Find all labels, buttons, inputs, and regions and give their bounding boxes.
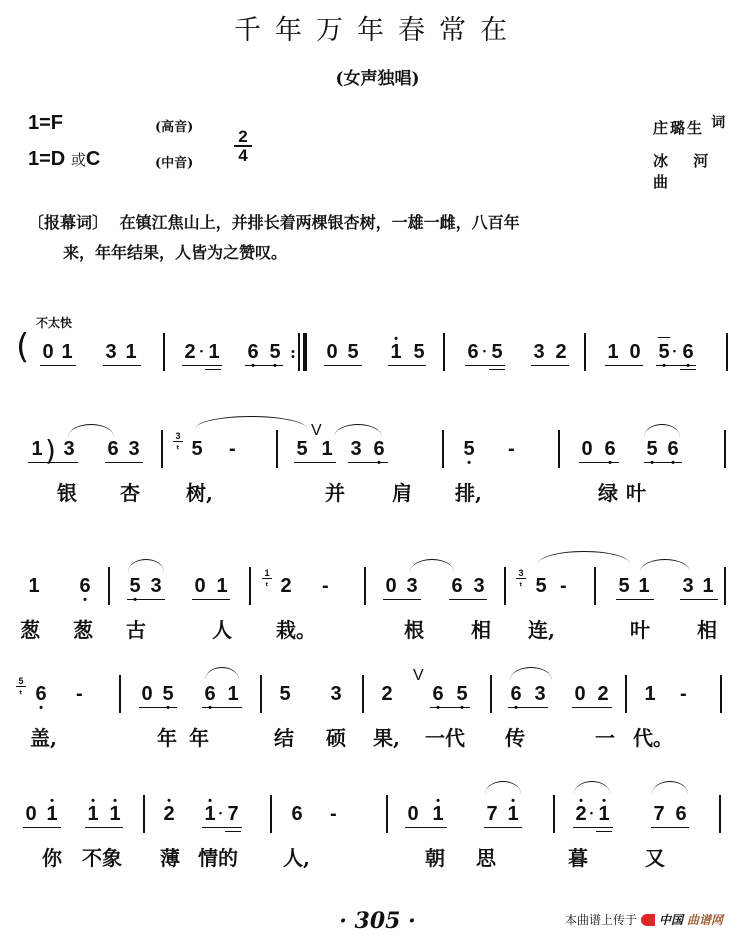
barline xyxy=(719,795,721,833)
underline-beam xyxy=(656,365,696,366)
underline-beam-double xyxy=(680,369,696,370)
composer-credit: 冰 河 曲 xyxy=(653,150,755,192)
underline-beam xyxy=(388,365,426,366)
tempo-marking: 不太快 xyxy=(36,314,72,331)
underline-beam xyxy=(605,365,643,366)
barline xyxy=(364,567,366,605)
note: 1 xyxy=(506,803,520,825)
note: 5 xyxy=(645,438,659,460)
lyric: 肩 xyxy=(392,480,412,506)
note: 1 xyxy=(108,803,122,825)
note: 1 xyxy=(431,803,445,825)
underline-beam xyxy=(85,827,123,828)
note: 1 xyxy=(203,803,217,825)
note: 2 xyxy=(380,683,394,705)
note: 0 xyxy=(580,438,594,460)
slur xyxy=(640,559,690,572)
barline xyxy=(443,333,445,371)
underline-beam-double xyxy=(225,831,241,832)
note: 1 xyxy=(86,803,100,825)
augmentation-dot: · xyxy=(199,341,204,363)
underline-beam xyxy=(644,462,682,463)
underline-beam xyxy=(40,365,76,366)
dash-extension: - xyxy=(560,575,567,597)
lyrics-line: 你 不象 薄 情的 人, 朝 思 暮 又 xyxy=(0,845,755,875)
underline-beam xyxy=(245,365,283,366)
underline-beam xyxy=(651,827,689,828)
underline-beam xyxy=(449,599,487,600)
note: 5 xyxy=(346,341,360,363)
note: 3 xyxy=(472,575,486,597)
lyric: 人, xyxy=(283,845,310,871)
lyricist-credit: 庄璐生 词 xyxy=(653,112,727,138)
dash-extension: - xyxy=(229,438,236,460)
grace-note: 1ₜ xyxy=(262,569,272,588)
note: 7 xyxy=(226,803,240,825)
underline-beam xyxy=(294,462,336,463)
lyric: 传 xyxy=(505,725,525,751)
grace-note: 5ₜ xyxy=(16,677,26,696)
barline xyxy=(143,795,145,833)
notation-line: 1 ) 3 6 3 3ₜ 5 - 5 V 1 3 6 5 - 0 6 5 6 xyxy=(0,430,755,470)
note: 3 xyxy=(533,683,547,705)
barline xyxy=(386,795,388,833)
key-signature-mid: 1=D 或C xyxy=(28,148,100,171)
barline xyxy=(276,430,278,468)
note: 5 xyxy=(617,575,631,597)
lyricist-name: 庄璐生 xyxy=(653,119,704,137)
repeat-dots: : xyxy=(290,343,296,362)
note: 6 xyxy=(78,575,92,597)
barline xyxy=(260,675,262,713)
lyric: 薄 xyxy=(160,845,180,871)
underline-beam xyxy=(616,599,654,600)
note: 1 xyxy=(643,683,657,705)
lyric: 不象 xyxy=(82,845,122,871)
lyrics-line: 银 杏 树, 并 肩 排, 绿叶 xyxy=(0,480,755,510)
underline-beam xyxy=(680,599,718,600)
barline xyxy=(119,675,121,713)
lyric: 古 xyxy=(126,617,146,643)
note: 1 xyxy=(389,341,403,363)
note: 6 xyxy=(34,683,48,705)
lyric: 一代 xyxy=(425,725,465,751)
lyric: 你 xyxy=(42,845,62,871)
barline xyxy=(442,430,444,468)
note: 1 xyxy=(207,341,221,363)
underline-beam-double xyxy=(489,369,505,370)
lyric: 又 xyxy=(645,845,665,871)
site-logo-icon xyxy=(641,914,655,926)
key-or-label: 或 xyxy=(71,151,86,169)
underline-beam xyxy=(465,365,505,366)
note: 6 xyxy=(290,803,304,825)
lyrics-line: 盖, 年年 结 硕 果, 一代 传 一 代。 xyxy=(0,725,755,755)
note: 6 xyxy=(509,683,523,705)
lyric: 情的 xyxy=(198,845,238,871)
barline xyxy=(362,675,364,713)
note: 3 xyxy=(532,341,546,363)
note: 5 xyxy=(161,683,175,705)
barline xyxy=(108,567,110,605)
underline-beam xyxy=(192,599,230,600)
dash-extension: - xyxy=(330,803,337,825)
underline-beam xyxy=(202,707,242,708)
note: 1 xyxy=(27,575,41,597)
note: 5 xyxy=(190,438,204,460)
note: 5 xyxy=(268,341,282,363)
watermark-brand-b[interactable]: 曲谱网 xyxy=(687,911,723,928)
note: 0 xyxy=(140,683,154,705)
barline xyxy=(298,333,300,371)
underline-beam-double xyxy=(205,369,221,370)
note: 5 xyxy=(278,683,292,705)
barline xyxy=(625,675,627,713)
note: 1 xyxy=(606,341,620,363)
key-high-label: 1=F xyxy=(28,112,63,134)
note: 5 xyxy=(657,341,671,363)
note: 0 xyxy=(325,341,339,363)
note: 5 xyxy=(128,575,142,597)
lyric: 栽。 xyxy=(276,617,316,643)
underline-beam xyxy=(139,707,177,708)
watermark: 本曲谱上传于 中国曲谱网 xyxy=(565,911,723,928)
note: 0 xyxy=(41,341,55,363)
note: 3 xyxy=(127,438,141,460)
underline-beam xyxy=(103,365,141,366)
note: 3 xyxy=(62,438,76,460)
dash-extension: - xyxy=(508,438,515,460)
underline-beam xyxy=(484,827,522,828)
lyric: 相 xyxy=(697,617,717,643)
lyric: 银 xyxy=(57,480,77,506)
note: 3 xyxy=(104,341,118,363)
slur xyxy=(334,424,382,437)
augmentation-dot: · xyxy=(589,803,594,825)
underline-beam-double xyxy=(596,831,612,832)
barline xyxy=(553,795,555,833)
lyric: 并 xyxy=(325,480,345,506)
underline-beam xyxy=(579,462,619,463)
lyric: 人 xyxy=(212,617,232,643)
watermark-prefix: 本曲谱上传于 xyxy=(565,911,637,928)
tie xyxy=(538,551,630,564)
lyric: 排, xyxy=(455,480,482,506)
note: 0 xyxy=(193,575,207,597)
song-title: 千年万年春常在 xyxy=(0,8,755,47)
lyric: 叶 xyxy=(630,617,650,643)
lyric: 葱 xyxy=(73,617,93,643)
tie-mark xyxy=(658,337,670,338)
lyric: 葱 xyxy=(20,617,40,643)
note: 1 xyxy=(215,575,229,597)
barline xyxy=(249,567,251,605)
note: 6 xyxy=(203,683,217,705)
barline xyxy=(726,333,728,371)
note: 1 xyxy=(30,438,44,460)
lyric: 年年 xyxy=(157,725,221,751)
lyric: 朝 xyxy=(425,845,445,871)
barline xyxy=(720,675,722,713)
note: 6 xyxy=(246,341,260,363)
underline-beam xyxy=(28,462,78,463)
grace-note: 3ₜ xyxy=(173,432,183,451)
key-alt-label: C xyxy=(86,148,100,170)
note: 0 xyxy=(628,341,642,363)
note: 0 xyxy=(406,803,420,825)
note: 1 xyxy=(701,575,715,597)
intro-label: 〔报幕词〕 xyxy=(28,213,108,232)
lyric: 一 xyxy=(595,725,615,751)
lyric: 树, xyxy=(186,480,213,506)
barline xyxy=(161,430,163,468)
barline xyxy=(594,567,596,605)
key-mid-label: 1=D xyxy=(28,148,65,170)
repeat-barline xyxy=(303,333,307,371)
lyricist-role: 词 xyxy=(711,115,727,131)
barline xyxy=(558,430,560,468)
slur xyxy=(68,424,114,437)
underline-beam xyxy=(572,707,612,708)
underline-beam xyxy=(430,707,470,708)
note: 1 xyxy=(320,438,334,460)
note: 5 xyxy=(412,341,426,363)
notation-line: 5ₜ 6 - 0 5 6 1 5 3 2 V 6 5 6 3 0 2 1 - xyxy=(0,675,755,715)
key-signature-high: 1=F xyxy=(28,112,63,135)
notation-line: 0 1 1 1 2 1 · 7 6 - 0 1 7 1 2 · 1 7 6 xyxy=(0,795,755,835)
note: 6 xyxy=(372,438,386,460)
lyric: 杏 xyxy=(120,480,140,506)
barline xyxy=(270,795,272,833)
grace-note: 3ₜ xyxy=(516,569,526,588)
note: 1 xyxy=(124,341,138,363)
note: 5 xyxy=(455,683,469,705)
dash-extension: - xyxy=(680,683,687,705)
slur xyxy=(510,667,552,680)
intro-line-1: 在镇江焦山上，并排长着两棵银杏树，一雄一雌，八百年 xyxy=(120,213,520,232)
lyric: 连, xyxy=(528,617,555,643)
augmentation-dot: · xyxy=(672,341,677,363)
dash-extension: - xyxy=(76,683,83,705)
lyrics-line: 葱 葱 古 人 栽。 根 相 连, 叶 相 xyxy=(0,617,755,647)
note: 6 xyxy=(106,438,120,460)
underline-beam xyxy=(202,827,242,828)
note: 2 xyxy=(554,341,568,363)
note: 6 xyxy=(431,683,445,705)
note: 6 xyxy=(603,438,617,460)
barline xyxy=(163,333,165,371)
note: 6 xyxy=(450,575,464,597)
slur xyxy=(652,781,688,794)
composer-name: 冰 河 xyxy=(653,152,718,170)
slur xyxy=(644,424,680,437)
note: 2 xyxy=(279,575,293,597)
barline xyxy=(584,333,586,371)
note: 3 xyxy=(329,683,343,705)
note: 3 xyxy=(349,438,363,460)
notation-line: ( 0 1 3 1 2 · 1 6 5 : 0 5 1 5 6 · 5 3 2 … xyxy=(0,333,755,373)
underline-beam xyxy=(573,827,613,828)
meter-denominator: 4 xyxy=(234,147,252,164)
note: 3 xyxy=(149,575,163,597)
intro-announcement: 〔报幕词〕 在镇江焦山上，并排长着两棵银杏树，一雄一雌，八百年 xyxy=(28,208,520,238)
underline-beam xyxy=(105,462,143,463)
meter-numerator: 2 xyxy=(234,128,252,147)
note: 3 xyxy=(681,575,695,597)
underline-beam xyxy=(348,462,388,463)
underline-beam xyxy=(23,827,61,828)
lyric: 暮 xyxy=(568,845,588,871)
note: 1 xyxy=(226,683,240,705)
note: 0 xyxy=(384,575,398,597)
note: 2 xyxy=(183,341,197,363)
lyric: 盖, xyxy=(30,725,57,751)
note: 1 xyxy=(60,341,74,363)
note: 2 xyxy=(574,803,588,825)
note: 6 xyxy=(466,341,480,363)
underline-beam xyxy=(324,365,362,366)
lyric: 代。 xyxy=(633,725,673,751)
lyric: 硕 xyxy=(326,725,346,751)
intro-line-2: 来，年年结果，人皆为之赞叹。 xyxy=(63,238,287,268)
range-mid-label: (中音) xyxy=(155,152,193,171)
note: 5 xyxy=(490,341,504,363)
lyric: 结 xyxy=(274,725,294,751)
note: 6 xyxy=(681,341,695,363)
song-subtitle: (女声独唱) xyxy=(0,64,755,89)
note: 0 xyxy=(573,683,587,705)
composer-role: 曲 xyxy=(653,173,678,191)
note: 5 xyxy=(534,575,548,597)
note: 1 xyxy=(45,803,59,825)
augmentation-dot: · xyxy=(482,341,487,363)
note: 7 xyxy=(652,803,666,825)
slur xyxy=(410,559,454,572)
dash-extension: - xyxy=(322,575,329,597)
note: 1 xyxy=(597,803,611,825)
slur xyxy=(128,559,164,572)
note: 6 xyxy=(666,438,680,460)
underline-beam xyxy=(508,707,548,708)
lyric: 思 xyxy=(476,845,496,871)
barline xyxy=(724,430,726,468)
slur xyxy=(205,667,239,680)
range-high-label: (高音) xyxy=(155,116,193,135)
lyric: 绿叶 xyxy=(598,480,654,506)
note: 3 xyxy=(405,575,419,597)
note: 1 xyxy=(637,575,651,597)
barline xyxy=(724,567,726,605)
open-paren: ( xyxy=(16,327,29,367)
underline-beam xyxy=(405,827,447,828)
tie xyxy=(195,416,307,429)
barline xyxy=(504,567,506,605)
underline-beam xyxy=(182,365,222,366)
note: 5 xyxy=(462,438,476,460)
note: 0 xyxy=(24,803,38,825)
underline-beam xyxy=(383,599,421,600)
note: 7 xyxy=(485,803,499,825)
time-signature: 2 4 xyxy=(234,128,252,164)
watermark-brand-a[interactable]: 中国 xyxy=(659,911,683,928)
notation-line: 1 6 5 3 0 1 1ₜ 2 - 0 3 6 3 3ₜ 5 - 5 1 3 … xyxy=(0,567,755,607)
lyric: 根 xyxy=(404,617,424,643)
underline-beam xyxy=(127,599,165,600)
underline-beam xyxy=(531,365,569,366)
note: 2 xyxy=(596,683,610,705)
note: 6 xyxy=(674,803,688,825)
breath-mark: V xyxy=(413,667,424,685)
note: 2 xyxy=(162,803,176,825)
lyric: 果, xyxy=(373,725,400,751)
lyric: 相 xyxy=(471,617,491,643)
note: 5 xyxy=(295,438,309,460)
barline xyxy=(490,675,492,713)
augmentation-dot: · xyxy=(218,803,223,825)
